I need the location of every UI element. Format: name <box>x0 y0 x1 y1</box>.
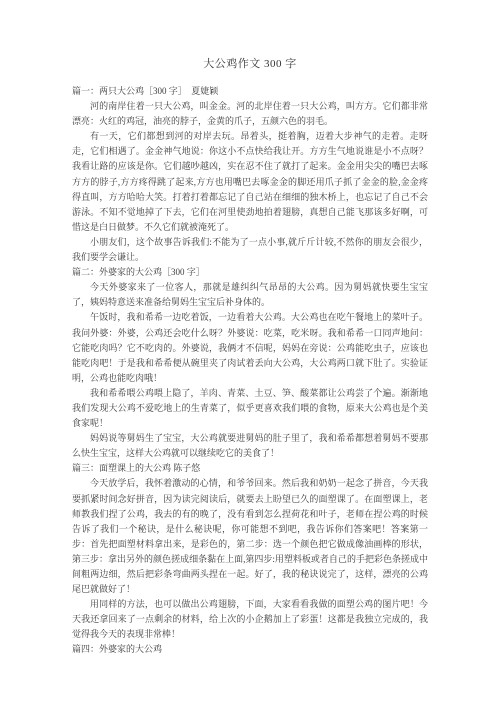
paragraph: 河的南岸住着一只大公鸡，叫金金。河的北岸住着一只大公鸡，叫方方。它们都非常漂亮：… <box>72 99 428 129</box>
section-4-heading: 篇四：外婆家的大公鸡 <box>72 642 428 657</box>
paragraph: 有一天，它们都想到河的对岸去玩。昂着头，挺着胸，迈着大步神气的走着。走呀走，它们… <box>72 129 428 235</box>
paragraph: 我和希希喂公鸡喂上隐了，羊肉、青菜、土豆、笋、酸菜都让公鸡尝了个遍。渐渐地我们发… <box>72 386 428 431</box>
section-3-heading: 篇三：面塑课上的大公鸡 陈子悠 <box>72 461 428 476</box>
document-title: 大公鸡作文 300 字 <box>72 57 428 72</box>
paragraph: 今天放学后，我怀着激动的心情，和爷爷回来。然后我和奶奶一起念了拼音，今天我要抓紧… <box>72 476 428 597</box>
essay-section-1: 篇一：两只大公鸡［300 字］ 夏婕颖 河的南岸住着一只大公鸡，叫金金。河的北岸… <box>72 84 428 265</box>
paragraph: 午饭时，我和希希一边吃着饭，一边看着大公鸡。大公鸡也在吃午餐地上的菜叶子。我问外… <box>72 310 428 385</box>
paragraph: 今天外婆家来了一位客人，那就是雄纠纠气昂昂的大公鸡。因为舅妈就快要生宝宝了，姨妈… <box>72 280 428 310</box>
document-page: 大公鸡作文 300 字 篇一：两只大公鸡［300 字］ 夏婕颖 河的南岸住着一只… <box>0 0 496 702</box>
essay-section-4: 篇四：外婆家的大公鸡 <box>72 642 428 657</box>
paragraph: 小朋友们，这个故事告诉我们:不能为了一点小事,就斤斤计较,不然你的朋友会很少，我… <box>72 235 428 265</box>
essay-section-2: 篇二：外婆家的大公鸡［300 字］ 今天外婆家来了一位客人，那就是雄纠纠气昂昂的… <box>72 265 428 461</box>
paragraph: 妈妈说等舅妈生了宝宝，大公鸡就要进舅妈的肚子里了，我和希希都想着舅妈不要那么快生… <box>72 431 428 461</box>
paragraph: 用同样的方法，也可以做出公鸡翅膀，下面，大家看看我做的面塑公鸡的图片吧！今天我还… <box>72 597 428 642</box>
section-2-heading: 篇二：外婆家的大公鸡［300 字］ <box>72 265 428 280</box>
section-1-heading: 篇一：两只大公鸡［300 字］ 夏婕颖 <box>72 84 428 99</box>
essay-section-3: 篇三：面塑课上的大公鸡 陈子悠 今天放学后，我怀着激动的心情，和爷爷回来。然后我… <box>72 461 428 642</box>
